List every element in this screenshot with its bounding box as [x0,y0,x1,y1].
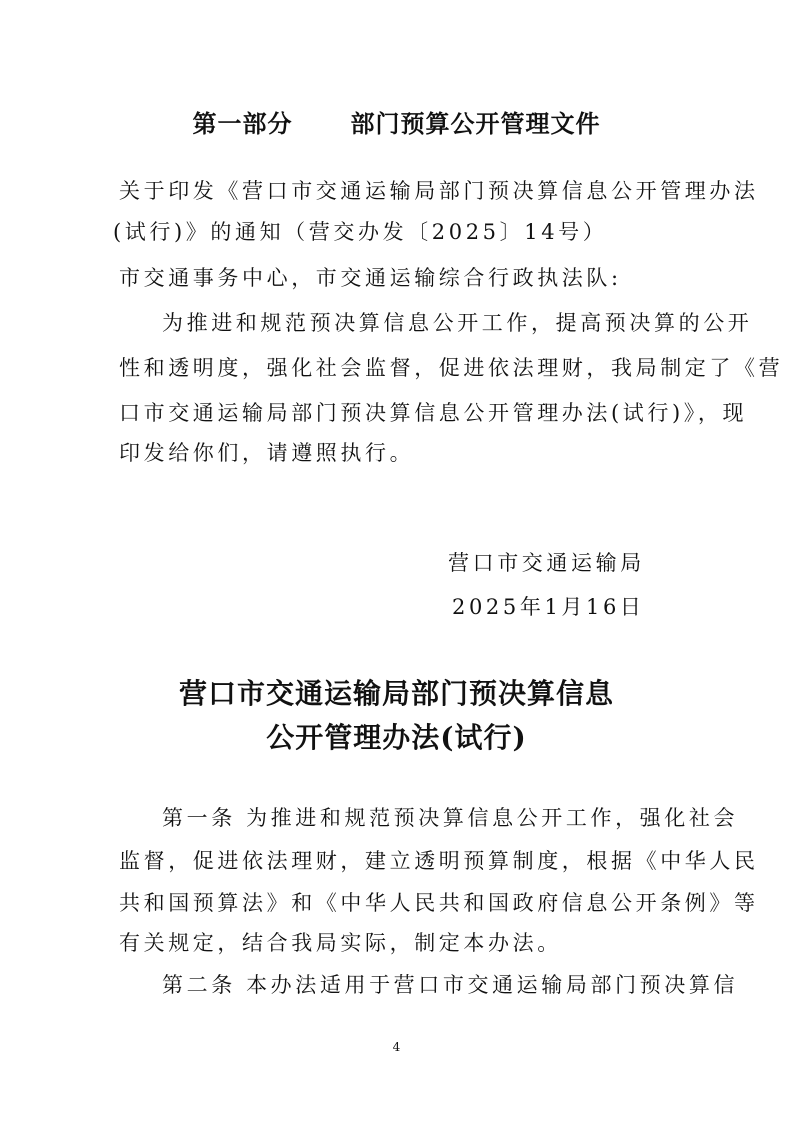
part-heading-text: 部门预算公开管理文件 [351,110,601,138]
article-1-line-4: 有关规定，结合我局实际，制定本办法。 [119,930,562,956]
notice-body-line-4: 印发给你们，请遵照执行。 [119,440,414,466]
article-1-line-3: 共和国预算法》和《中华人民共和国政府信息公开条例》等 [119,890,759,916]
article-1-line-2: 监督，促进依法理财，建立透明预算制度，根据《中华人民 [119,848,759,874]
article-2-line-1: 第二条 本办法适用于营口市交通运输局部门预决算信 [162,972,738,998]
notice-body-line-2: 性和透明度，强化社会监督，促进依法理财，我局制定了《营 [119,355,783,381]
part-heading-number: 第一部分 [193,110,293,138]
notice-title-line-1: 关于印发《营口市交通运输局部门预决算信息公开管理办法 [119,178,759,204]
article-1-line-1: 第一条 为推进和规范预决算信息公开工作，强化社会 [162,805,738,831]
page-number: 4 [0,1040,793,1054]
signature-date: 2025年1月16日 [452,594,645,620]
notice-title-line-2: (试行)》的通知（营交办发〔2025〕14号） [113,219,607,245]
notice-body-line-1: 为推进和规范预决算信息公开工作，提高预决算的公开 [162,310,752,336]
measures-title-line-1: 营口市交通运输局部门预决算信息 [0,672,793,712]
addressee: 市交通事务中心，市交通运输综合行政执法队: [119,265,622,291]
part-heading: 第一部分部门预算公开管理文件 [0,104,793,139]
signature-org: 营口市交通运输局 [448,550,645,576]
measures-title-line-2: 公开管理办法(试行) [0,716,793,756]
notice-body-line-3: 口市交通运输局部门预决算信息公开管理办法(试行)》，现 [119,400,747,426]
